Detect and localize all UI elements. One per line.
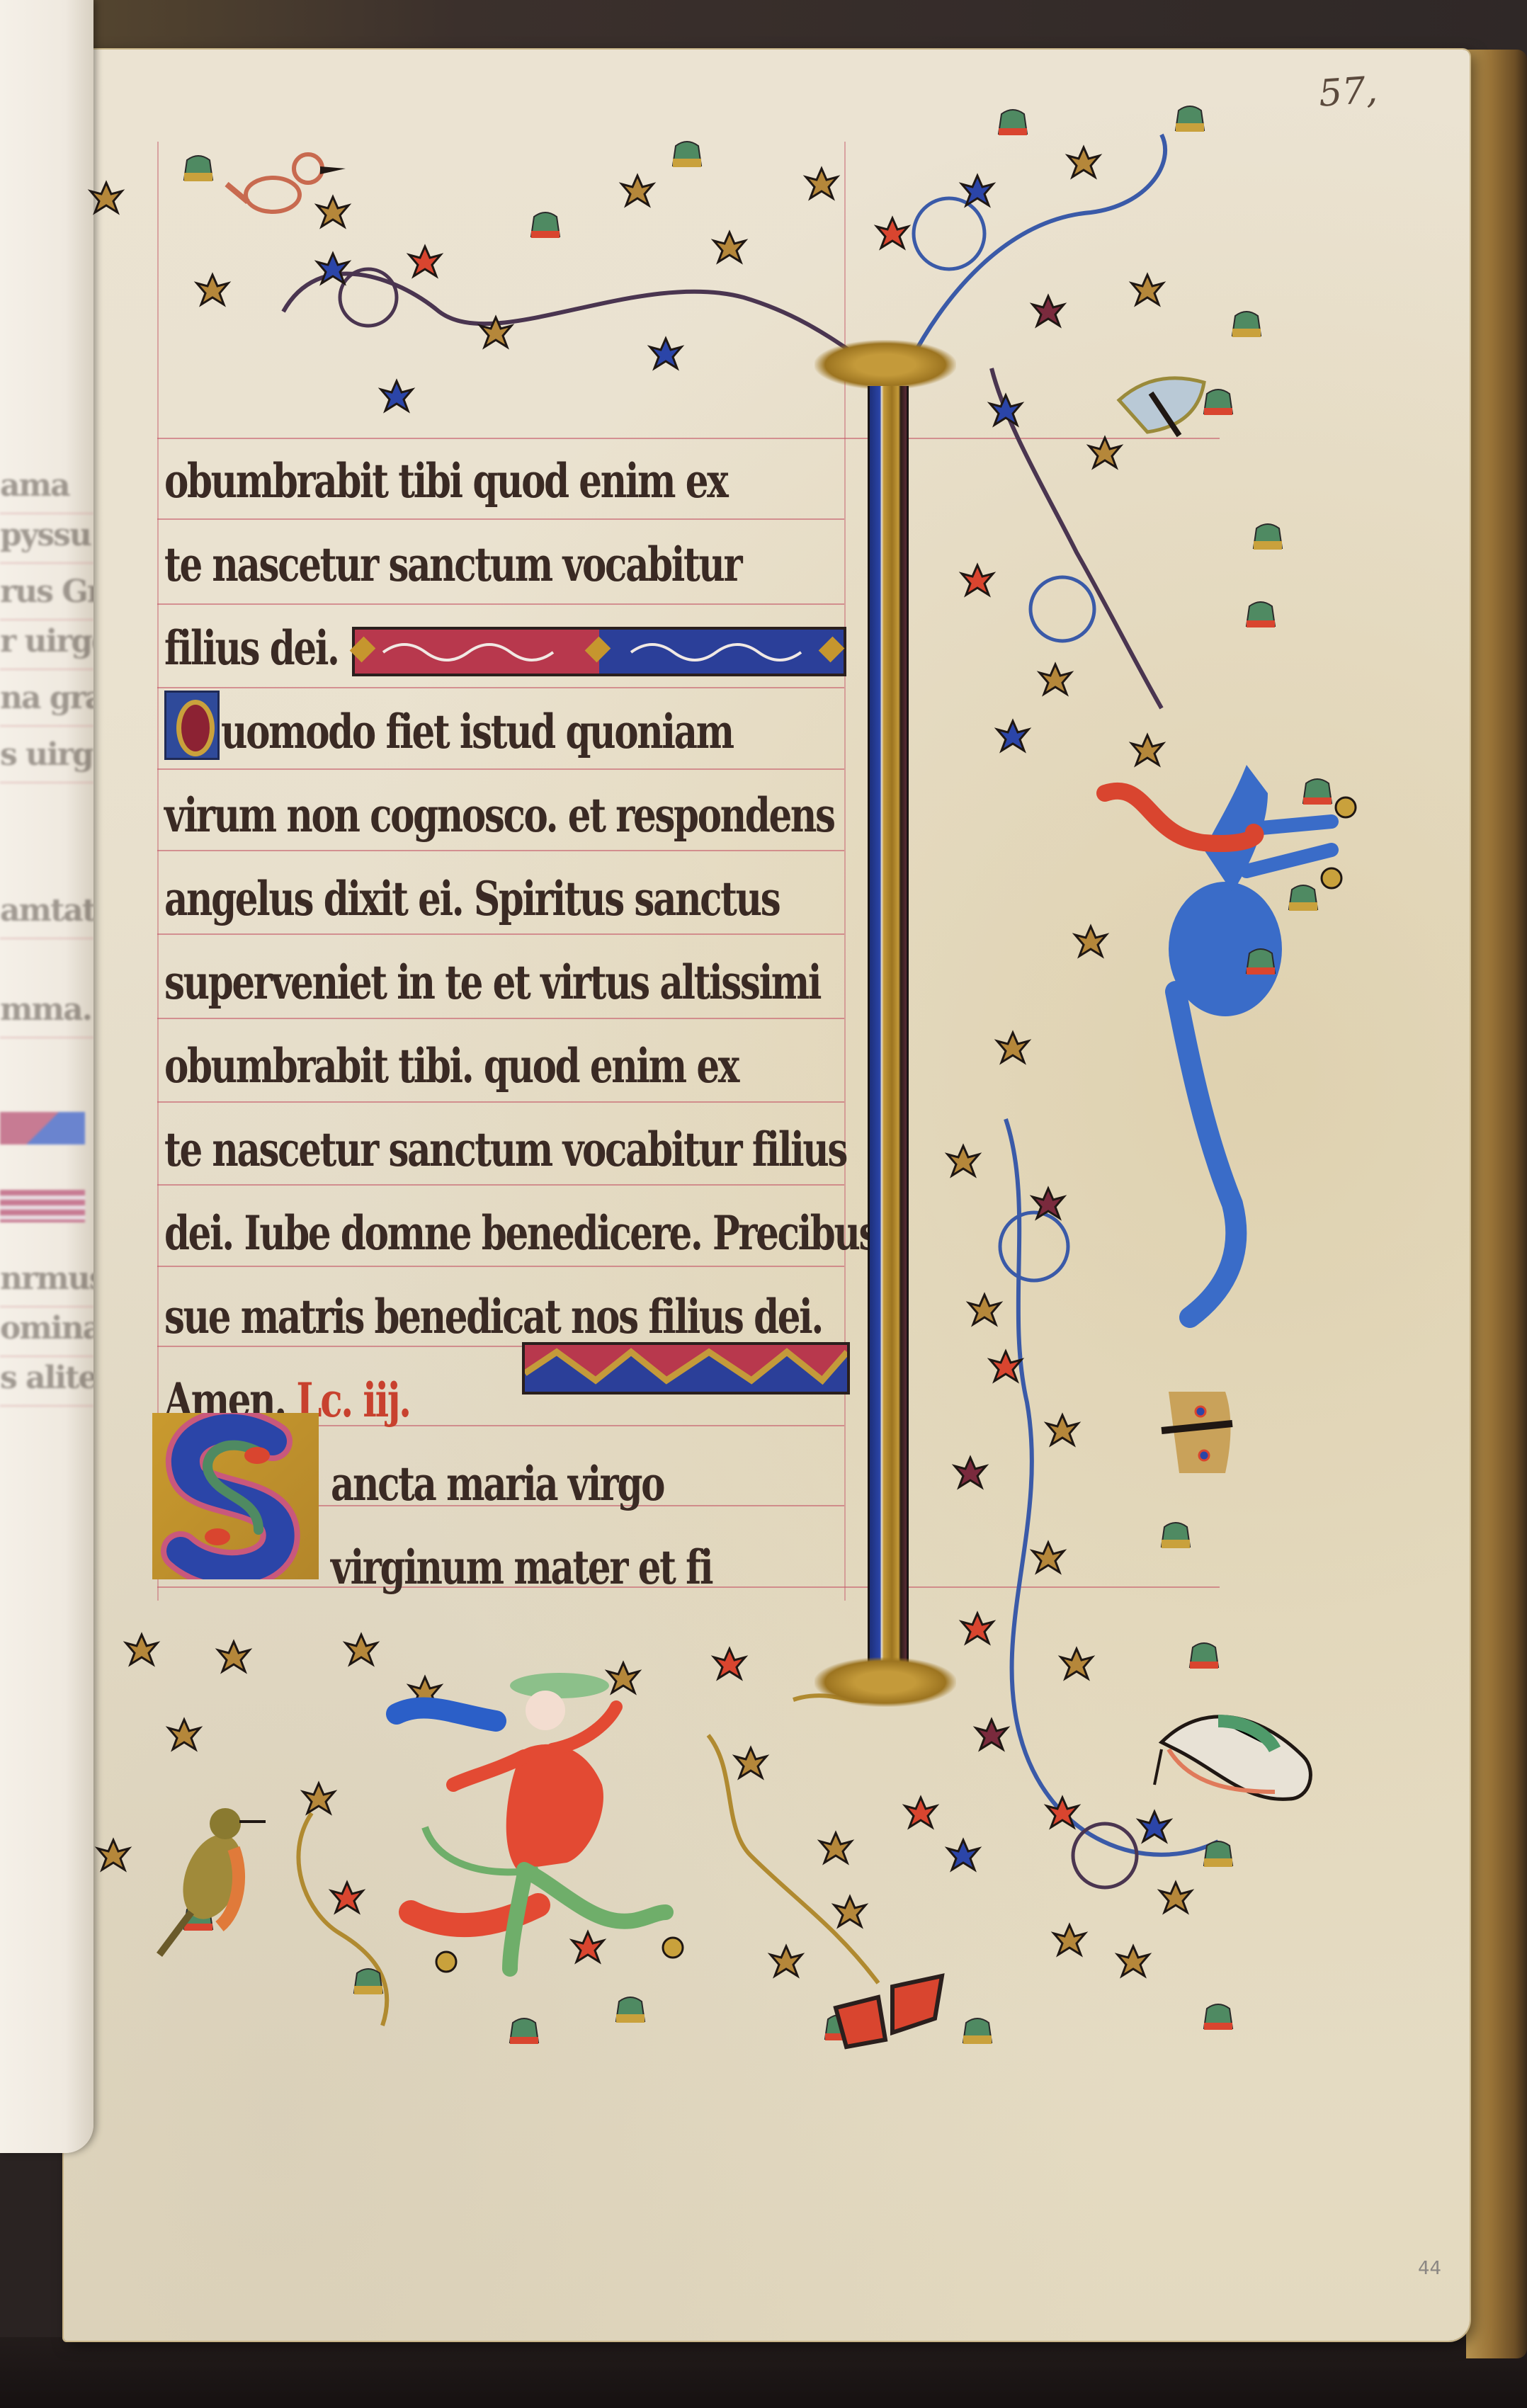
text-line-6: angelus dixit ei. Spiritus sanctus	[164, 857, 779, 941]
left-page-line-filler	[0, 1190, 85, 1222]
left-page-fragment: mma.	[0, 992, 93, 1038]
book-fore-edge	[1466, 50, 1527, 2358]
initial-s	[152, 1413, 319, 1579]
folio-number: 57,	[1317, 69, 1379, 115]
text-line-9: te nascetur sanctum vocabitur filius	[164, 1108, 846, 1191]
line-filler-2	[522, 1342, 850, 1395]
text-line-10: dei. Iube domne benedicere. Precibus	[164, 1191, 878, 1275]
left-page-fragment: s uirg	[0, 737, 93, 783]
gold-border-bar	[868, 386, 909, 1689]
left-page-fragment: s aliter	[0, 1360, 93, 1407]
left-page-fragment: amtatur	[0, 892, 93, 939]
text-line-14: virginum mater et fi	[331, 1526, 712, 1609]
pencil-shelfmark: 44	[1418, 2258, 1441, 2279]
initial-q	[164, 691, 220, 760]
filler-wave	[355, 630, 844, 674]
left-page-fragment: pyssu	[0, 517, 93, 564]
text-line-1: obumbrabit tibi quod enim ex	[164, 439, 727, 523]
left-page-fragment: nrmus	[0, 1261, 93, 1307]
backdrop-bottom	[0, 2337, 1527, 2408]
initial-q-bowl	[176, 700, 215, 756]
initial-s-letterform	[152, 1413, 319, 1579]
left-page-fragment: r uirgo	[0, 623, 93, 670]
left-page-fragment: na gra	[0, 680, 93, 727]
left-page-fragment: ominae	[0, 1310, 93, 1357]
text-line-8: obumbrabit tibi. quod enim ex	[164, 1024, 738, 1108]
text-line-2: te nascetur sanctum vocabitur	[164, 523, 741, 606]
filler-zigzag	[525, 1345, 847, 1392]
left-page-fragment: rus Gra	[0, 574, 93, 620]
bar-finial-bottom	[814, 1657, 956, 1707]
text-line-4: uomodo fiet istud quoniam	[221, 690, 733, 773]
ruling-vertical-left	[157, 142, 159, 1601]
backdrop-top	[0, 0, 1527, 57]
text-line-7: superveniet in te et virtus altissimi	[164, 941, 820, 1024]
left-page-fragment: ama	[0, 467, 93, 514]
left-page-line-filler	[0, 1112, 85, 1145]
text-line-3: filius dei.	[164, 606, 339, 690]
line-filler-1	[352, 627, 846, 676]
text-line-13: ancta maria virgo	[331, 1442, 664, 1526]
bar-finial-top	[814, 340, 956, 390]
text-line-5: virum non cognosco. et respondens	[164, 773, 834, 857]
left-page: ama pyssu rus Gra r uirgo na gra s uirg …	[0, 0, 93, 2153]
